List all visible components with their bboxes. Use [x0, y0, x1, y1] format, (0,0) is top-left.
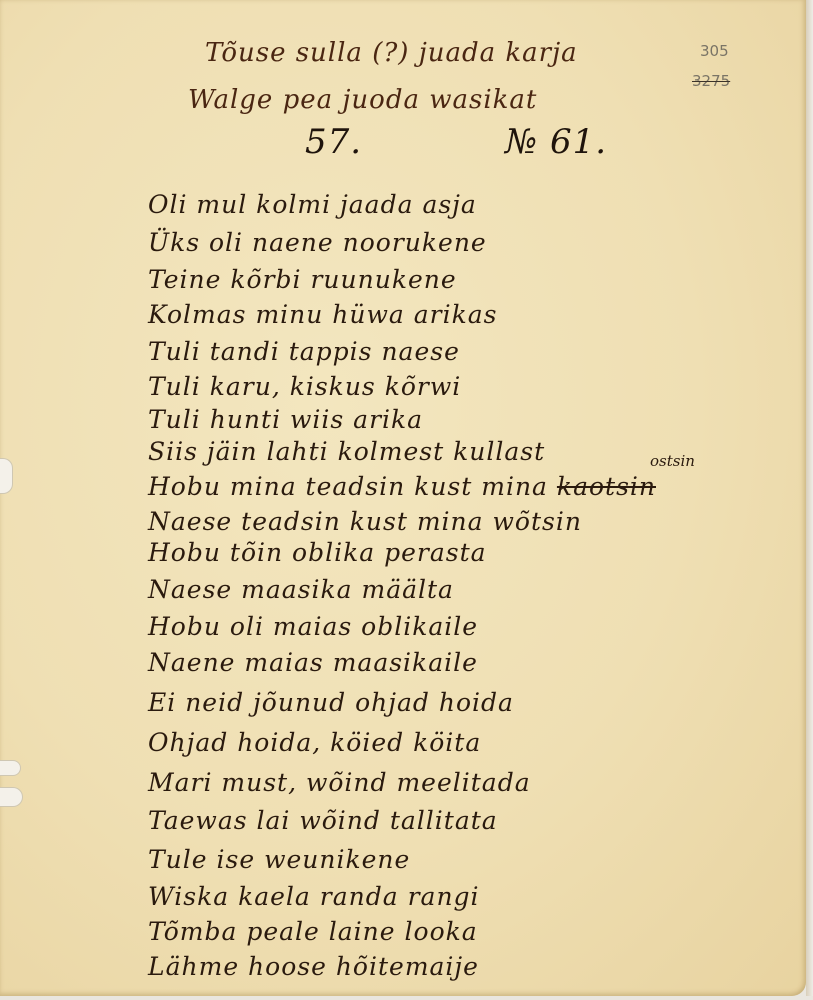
- verse-line: Tule ise weunikene: [148, 845, 410, 874]
- verse-line: Hobu oli maias oblikaile: [148, 612, 478, 641]
- verse-line: Hobu tõin oblika perasta: [148, 538, 487, 567]
- verse-line-corrected: Hobu mina teadsin kust mina kaotsin: [148, 472, 656, 501]
- page-edge: [806, 0, 813, 1000]
- page-edge: [0, 996, 813, 1000]
- archive-number: 305: [700, 42, 729, 60]
- verse-line: Taewas lai wõind tallitata: [148, 806, 498, 835]
- verse-line: Ohjad hoida, köied köita: [148, 728, 481, 757]
- verse-line: Naene maias maasikaile: [148, 648, 478, 677]
- verse-line: Tuli karu, kiskus kõrwi: [148, 372, 461, 401]
- verse-line: Tõmba peale laine looka: [148, 917, 478, 946]
- title-line-2: Walge pea juoda wasikat: [188, 85, 537, 115]
- verse-line: Teine kõrbi ruunukene: [148, 265, 457, 294]
- verse-line: Tuli hunti wiis arika: [148, 405, 423, 434]
- manuscript-page: Tõuse sulla (?) juada karja Walge pea ju…: [0, 0, 806, 996]
- archive-number-crossed-out: 3275: [692, 72, 730, 90]
- verse-line: Oli mul kolmi jaada asja: [148, 190, 477, 219]
- verse-line: Tuli tandi tappis naese: [148, 337, 460, 366]
- verse-line: Kolmas minu hüwa arikas: [148, 300, 497, 329]
- verse-line: Naese teadsin kust mina wõtsin: [148, 507, 582, 536]
- verse-line: Wiska kaela randa rangi: [148, 882, 480, 911]
- struck-word: kaotsin: [557, 472, 656, 501]
- inserted-correction: ostsin: [650, 452, 695, 470]
- title-line-1: Tõuse sulla (?) juada karja: [205, 38, 578, 68]
- page-number: 57.: [305, 122, 362, 162]
- edge-tear: [0, 760, 21, 776]
- binding-hole: [0, 458, 13, 494]
- verse-text: Hobu mina teadsin kust mina: [148, 472, 557, 501]
- song-number: № 61.: [505, 122, 607, 162]
- edge-tear: [0, 787, 23, 807]
- verse-line: Mari must, wõind meelitada: [148, 768, 531, 797]
- verse-line: Ei neid jõunud ohjad hoida: [148, 688, 514, 717]
- verse-line: Lähme hoose hõitemaije: [148, 952, 479, 981]
- verse-line: Siis jäin lahti kolmest kullast: [148, 437, 545, 466]
- verse-line: Naese maasika määlta: [148, 575, 454, 604]
- verse-line: Üks oli naene noorukene: [148, 228, 487, 257]
